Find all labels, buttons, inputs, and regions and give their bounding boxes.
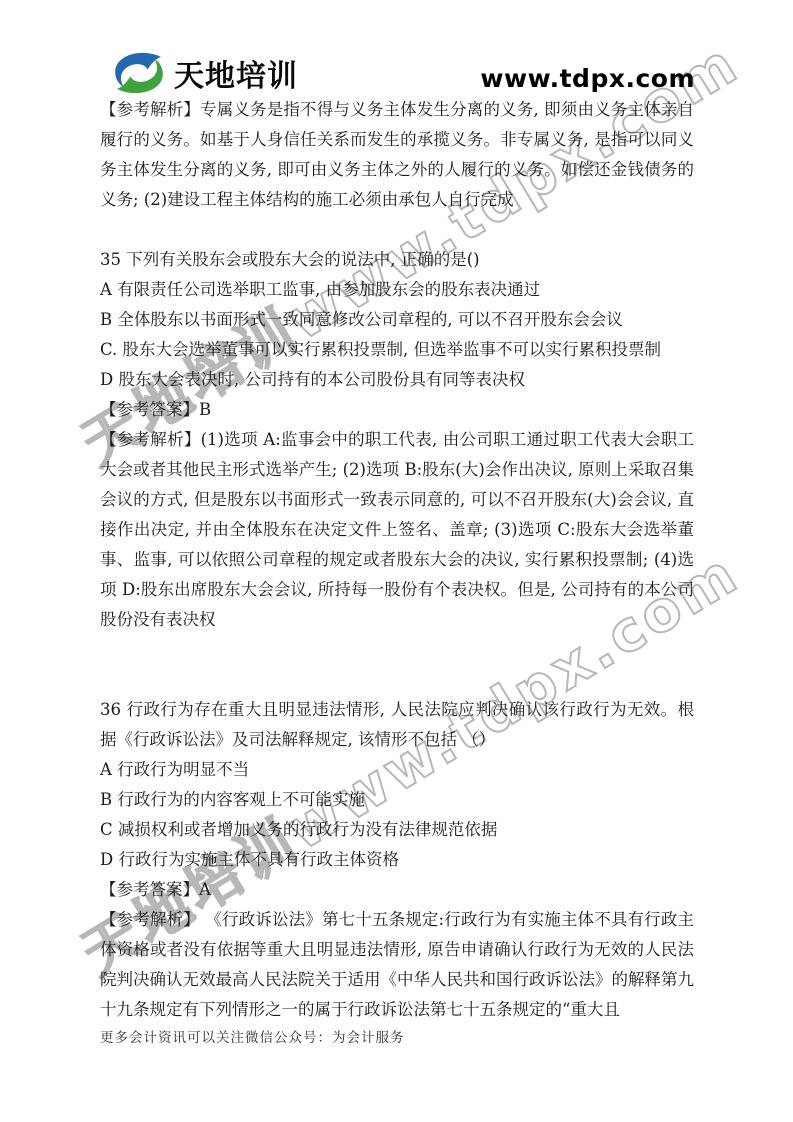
question-35-option-d: D 股东大会表决时, 公司持有的本公司股份具有同等表决权 bbox=[100, 365, 694, 395]
question-36-option-a: A 行政行为明显不当 bbox=[100, 755, 694, 785]
logo-text: 天地培训 bbox=[174, 51, 298, 95]
question-35-answer: 【参考答案】B bbox=[100, 395, 694, 425]
page-footer: 更多会计资讯可以关注微信公众号：为会计服务 bbox=[100, 1028, 405, 1048]
page-header: 天地培训 www.tdpx.com bbox=[112, 50, 695, 96]
question-35-option-c: C. 股东大会选举董事可以实行累积投票制, 但选举监事不可以实行累积投票制 bbox=[100, 335, 694, 365]
document-content: 【参考解析】专属义务是指不得与义务主体发生分离的义务, 即须由义务主体亲自履行的… bbox=[100, 95, 694, 1025]
question-36-analysis: 【参考解析】 《行政诉讼法》第七十五条规定:行政行为有实施主体不具有行政主体资格… bbox=[100, 905, 694, 1025]
question-36-option-b: B 行政行为的内容客观上不可能实施 bbox=[100, 785, 694, 815]
document-page: 天地培训www.tdpx.com 天地培训www.tdpx.com 天地培训 w… bbox=[0, 0, 793, 1122]
question-35-text: 35 下列有关股东会或股东大会的说法中, 正确的是() bbox=[100, 245, 694, 275]
question-36-answer: 【参考答案】A bbox=[100, 875, 694, 905]
question-35-block: 35 下列有关股东会或股东大会的说法中, 正确的是() A 有限责任公司选举职工… bbox=[100, 245, 694, 635]
logo: 天地培训 bbox=[112, 50, 298, 96]
question-36-block: 36 行政行为存在重大且明显违法情形, 人民法院应判决确认该行政行为无效。根据《… bbox=[100, 695, 694, 1025]
question-35-option-a: A 有限责任公司选举职工监事, 由参加股东会的股东表决通过 bbox=[100, 275, 694, 305]
question-36-option-c: C 减损权利或者增加义务的行政行为没有法律规范依据 bbox=[100, 815, 694, 845]
website-url: www.tdpx.com bbox=[480, 64, 695, 96]
question-36-option-d: D 行政行为实施主体不具有行政主体资格 bbox=[100, 845, 694, 875]
intro-analysis-paragraph: 【参考解析】专属义务是指不得与义务主体发生分离的义务, 即须由义务主体亲自履行的… bbox=[100, 95, 694, 215]
question-35-option-b: B 全体股东以书面形式一致同意修改公司章程的, 可以不召开股东会会议 bbox=[100, 305, 694, 335]
question-36-text: 36 行政行为存在重大且明显违法情形, 人民法院应判决确认该行政行为无效。根据《… bbox=[100, 695, 694, 755]
logo-swirl-icon bbox=[112, 50, 166, 96]
question-35-analysis: 【参考解析】(1)选项 A:监事会中的职工代表, 由公司职工通过职工代表大会职工… bbox=[100, 425, 694, 635]
footer-note: 更多会计资讯可以关注微信公众号：为会计服务 bbox=[100, 1030, 405, 1046]
